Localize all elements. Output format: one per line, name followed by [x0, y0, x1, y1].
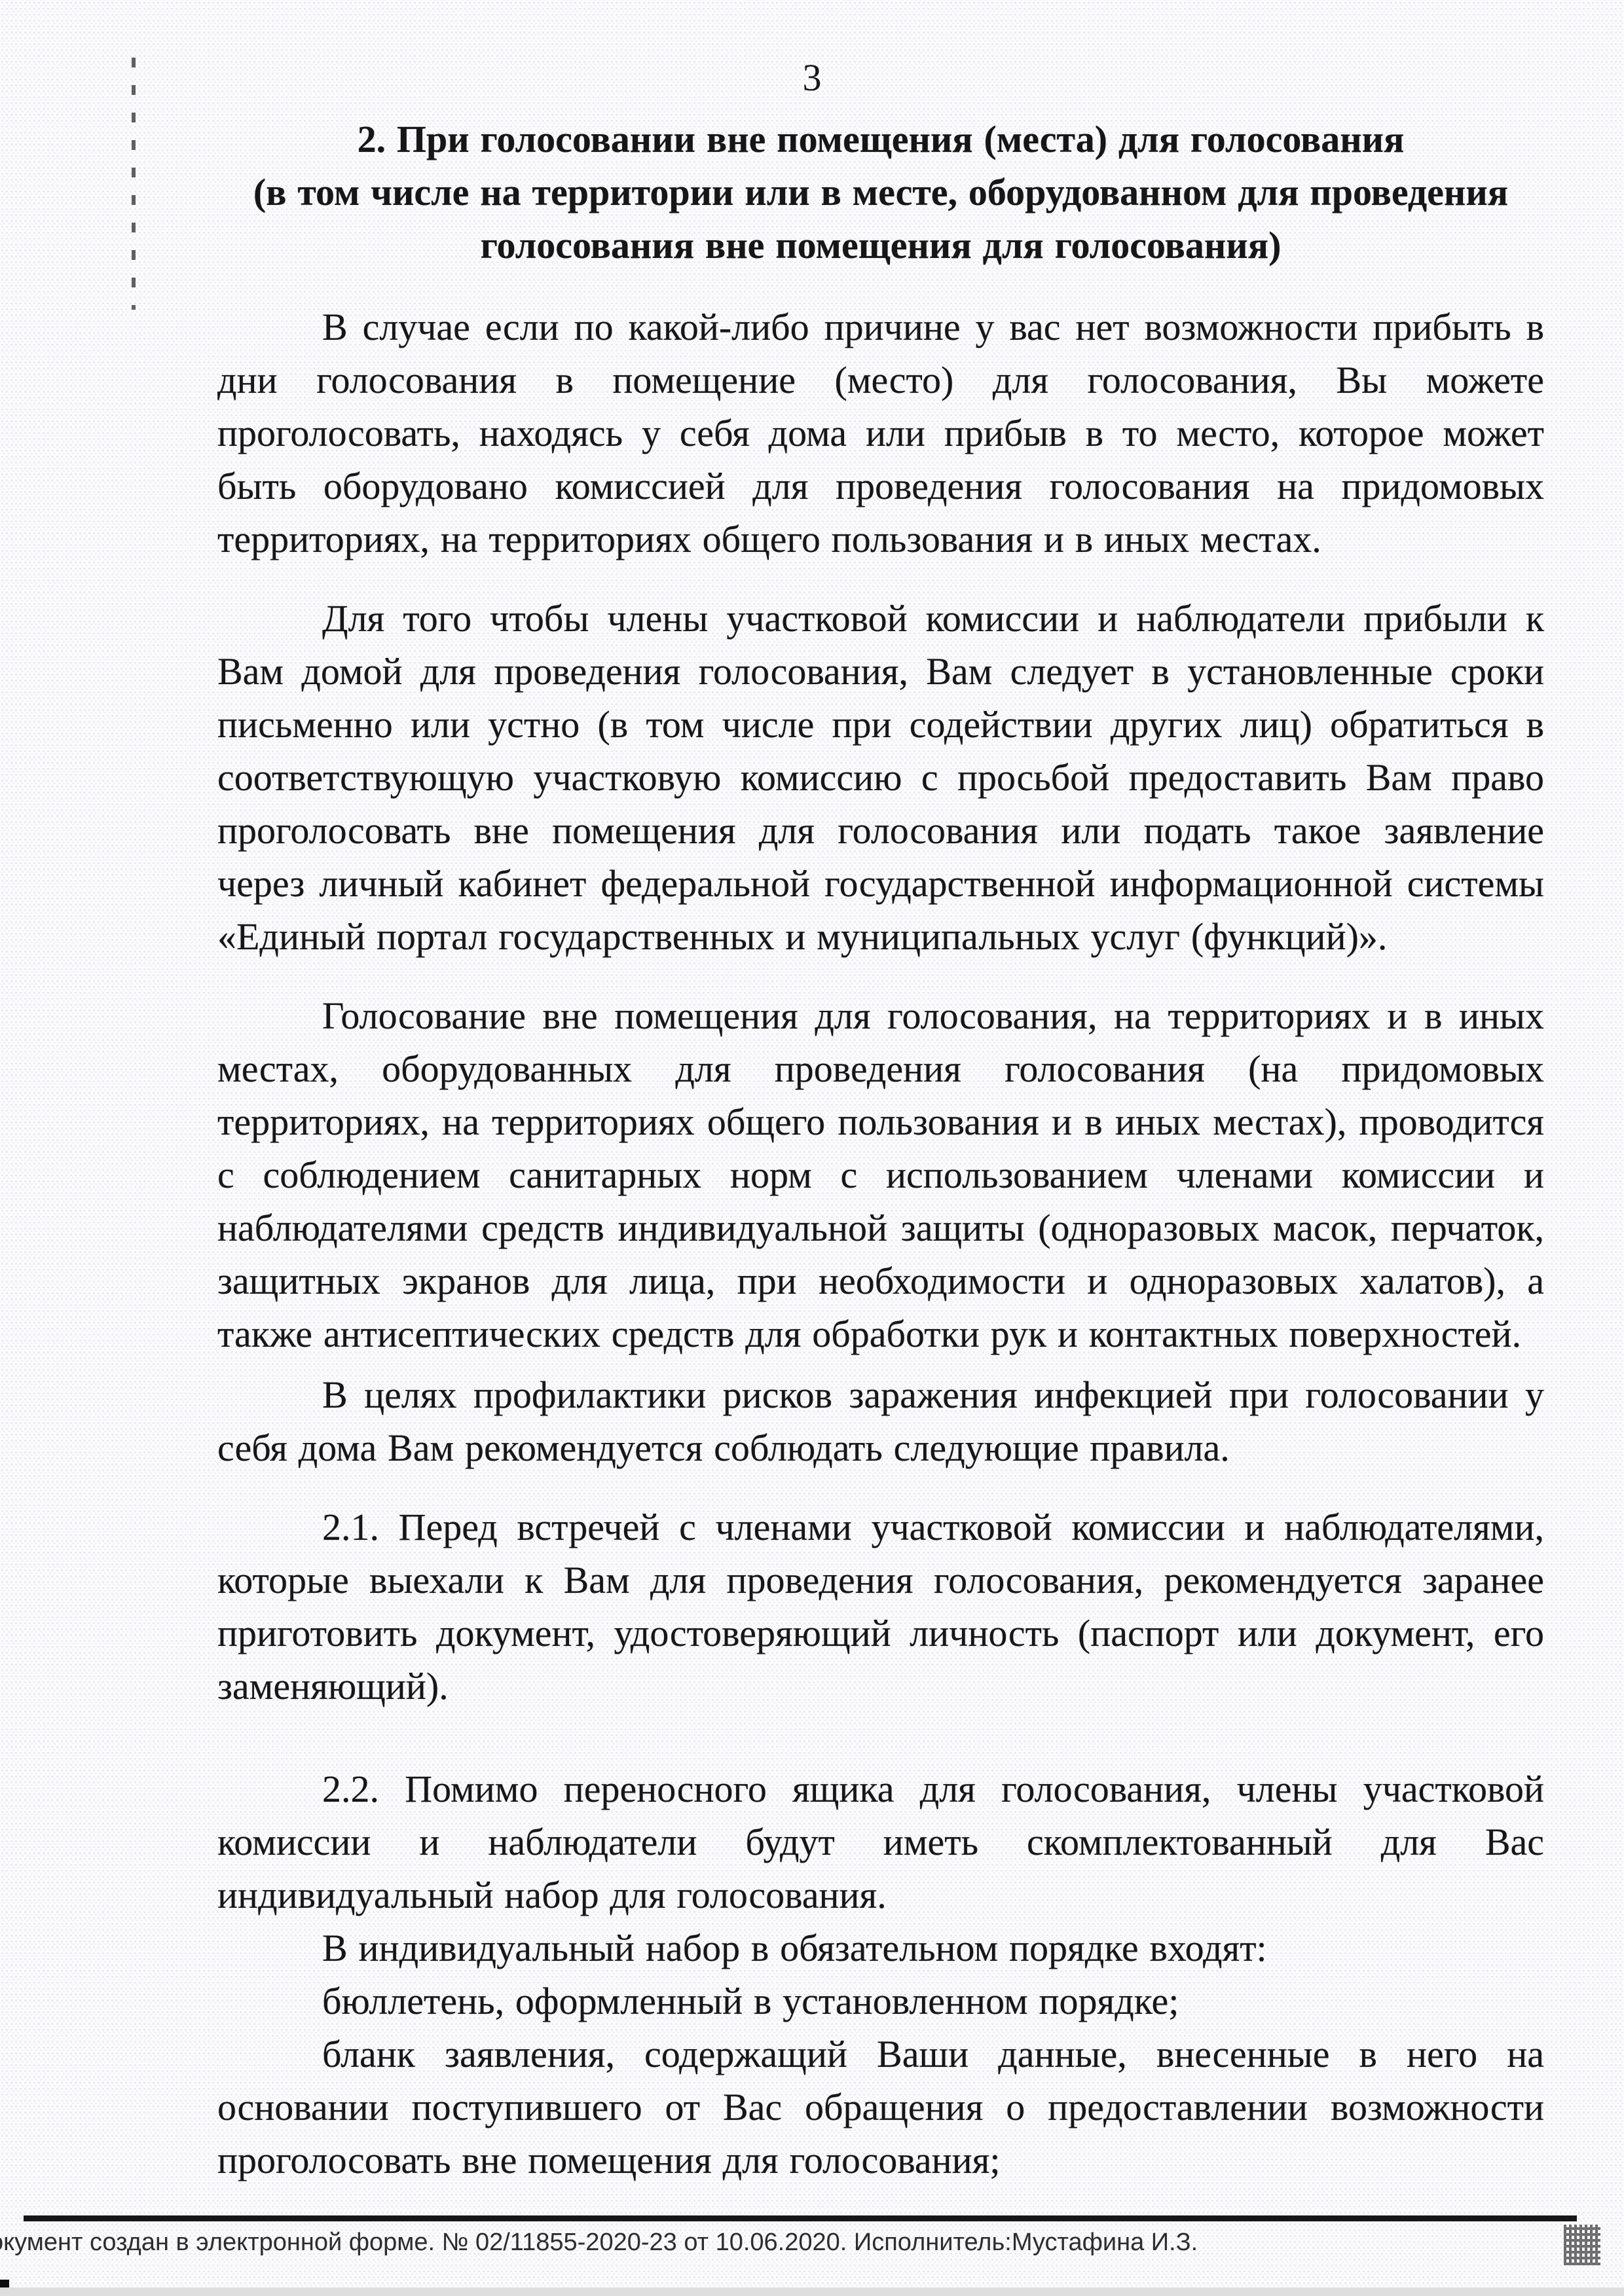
- paragraph-rule-2-1: 2.1. Перед встречей с членами участковой…: [217, 1501, 1544, 1713]
- document-body: 2. При голосовании вне помещения (места)…: [217, 113, 1544, 2187]
- heading-line-1: 2. При голосовании вне помещения (места)…: [217, 113, 1544, 166]
- scanned-document-page: 3 2. При голосовании вне помещения (мест…: [0, 0, 1624, 2296]
- qr-noise-mark: [1564, 2225, 1600, 2265]
- section-heading: 2. При голосовании вне помещения (места)…: [217, 113, 1544, 272]
- paragraph-rule-2-2: 2.2. Помимо переносного ящика для голосо…: [217, 1762, 1544, 1922]
- bottom-scan-edge: [0, 2287, 1624, 2296]
- paragraph-kit-list-intro: В индивидуальный набор в обязательном по…: [217, 1922, 1544, 1975]
- paragraph-rules-intro: В целях профилактики рисков заражения ин…: [217, 1368, 1544, 1474]
- heading-line-2: (в том числе на территории или в месте, …: [217, 166, 1544, 219]
- page-number: 3: [0, 55, 1624, 101]
- paragraph-kit-item-form: бланк заявления, содержащий Ваши данные,…: [217, 2028, 1544, 2187]
- paragraph-sanitary: Голосование вне помещения для голосовани…: [217, 989, 1544, 1360]
- footer-divider: [24, 2215, 1577, 2221]
- paragraph-kit-item-ballot: бюллетень, оформленный в установленном п…: [217, 1975, 1544, 2028]
- paragraph-request: Для того чтобы члены участковой комиссии…: [217, 592, 1544, 963]
- paragraph-intro: В случае если по какой-либо причине у ва…: [217, 301, 1544, 566]
- footer-note: окумент создан в электронной форме. № 02…: [0, 2227, 1198, 2258]
- heading-line-3: голосования вне помещения для голосовани…: [217, 219, 1544, 272]
